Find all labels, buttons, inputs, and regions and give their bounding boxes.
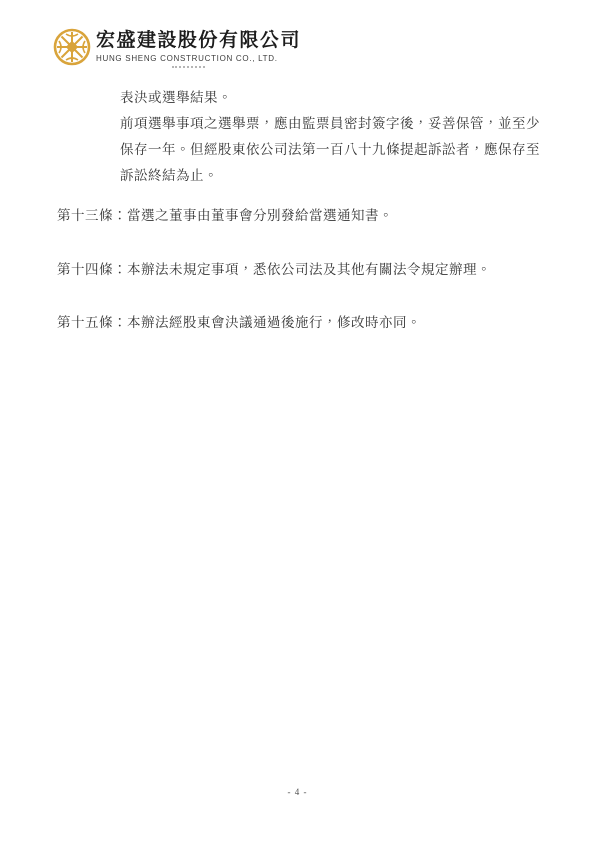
article-13: 第十三條：當選之董事由董事會分別發給當選通知書。 <box>57 206 557 226</box>
letterhead: 宏盛建設股份有限公司 HUNG SHENG CONSTRUCTION CO., … <box>52 27 301 67</box>
continuation-line: 表決或選舉結果。 <box>120 85 556 111</box>
article-14-number: 第十四條： <box>57 262 127 277</box>
company-name-zh: 宏盛建設股份有限公司 <box>96 30 301 52</box>
article-14-text: 本辦法未規定事項，悉依公司法及其他有關法令規定辦理。 <box>127 262 491 277</box>
spellcheck-dots-artifact <box>172 66 205 68</box>
continuation-line: 前項選舉事項之選舉票，應由監票員密封簽字後，妥善保管，並至少 <box>120 111 556 137</box>
article-13-number: 第十三條： <box>57 208 127 223</box>
article-15-text: 本辦法經股東會決議通過後施行，修改時亦同。 <box>127 315 421 330</box>
article-14: 第十四條：本辦法未規定事項，悉依公司法及其他有關法令規定辦理。 <box>57 260 557 280</box>
document-page: 宏盛建設股份有限公司 HUNG SHENG CONSTRUCTION CO., … <box>0 0 595 842</box>
page-footer: - 4 - <box>0 787 595 797</box>
page-number: - 4 - <box>288 787 308 797</box>
company-emblem-icon <box>52 27 92 67</box>
continuation-line: 訴訟終結為止。 <box>120 163 556 189</box>
company-names: 宏盛建設股份有限公司 HUNG SHENG CONSTRUCTION CO., … <box>96 27 301 64</box>
article-13-text: 當選之董事由董事會分別發給當選通知書。 <box>127 208 393 223</box>
article-15-number: 第十五條： <box>57 315 127 330</box>
continuation-line: 保存一年。但經股東依公司法第一百八十九條提起訴訟者，應保存至 <box>120 137 556 163</box>
clause-continuation-paragraph: 表決或選舉結果。 前項選舉事項之選舉票，應由監票員密封簽字後，妥善保管，並至少 … <box>120 85 556 189</box>
company-name-en: HUNG SHENG CONSTRUCTION CO., LTD. <box>96 54 301 64</box>
article-15: 第十五條：本辦法經股東會決議通過後施行，修改時亦同。 <box>57 313 557 333</box>
